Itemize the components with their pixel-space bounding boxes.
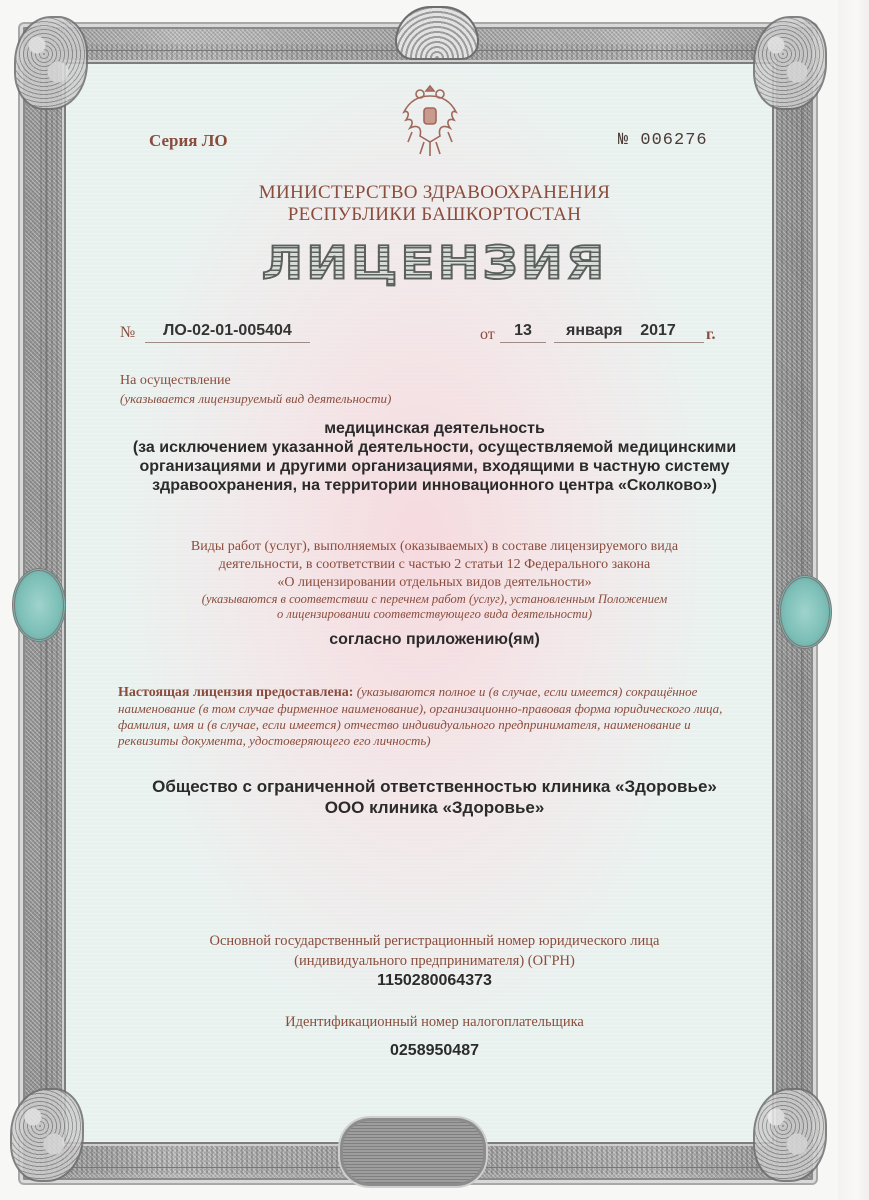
issuing-authority: МИНИСТЕРСТВО ЗДРАВООХРАНЕНИЯ РЕСПУБЛИКИ …	[0, 182, 869, 226]
series-label: Серия ЛО	[149, 131, 228, 151]
form-number: № 006276	[618, 131, 708, 150]
activity-line: медицинская деятельность	[0, 419, 869, 438]
licensee: Общество с ограниченной ответственностью…	[0, 776, 869, 818]
works-line: «О лицензировании отдельных видов деятел…	[0, 574, 869, 592]
inn-label: Идентификационный номер налогоплательщик…	[0, 1014, 869, 1031]
granted-to-section: Настоящая лицензия предоставлена: (указы…	[118, 684, 738, 749]
registration-row: № ЛО-02-01-005404 от 13 января 2017 г.	[0, 322, 869, 346]
date-year: 2017	[640, 322, 676, 339]
works-value: согласно приложению(ям)	[0, 631, 869, 649]
year-suffix: г.	[706, 326, 715, 344]
authority-line: РЕСПУБЛИКИ БАШКОРТОСТАН	[0, 204, 869, 226]
reg-number-label: №	[120, 324, 135, 342]
activity-note: (указывается лицензируемый вид деятельно…	[120, 391, 391, 407]
inn-value: 0258950487	[0, 1042, 869, 1060]
works-note-line: о лицензировании соответствующего вида д…	[0, 607, 869, 622]
licensee-full-name: Общество с ограниченной ответственностью…	[0, 776, 869, 797]
date-prefix: от	[480, 326, 495, 344]
works-section: Виды работ (услуг), выполняемых (оказыва…	[0, 538, 869, 622]
activity-line: здравоохранения, на территории инновацио…	[0, 476, 869, 495]
date-day: 13	[500, 322, 546, 343]
works-line: деятельности, в соответствии с частью 2 …	[0, 556, 869, 574]
document-title: ЛИЦЕНЗИЯ	[0, 237, 869, 289]
date-month: января	[566, 322, 622, 339]
ogrn-label: Основной государственный регистрационный…	[0, 931, 869, 971]
licensee-short-name: ООО клиника «Здоровье»	[0, 797, 869, 818]
ogrn-label-line: Основной государственный регистрационный…	[0, 931, 869, 951]
authority-line: МИНИСТЕРСТВО ЗДРАВООХРАНЕНИЯ	[0, 182, 869, 204]
activity-line: (за исключением указанной деятельности, …	[0, 438, 869, 457]
licensed-activity: медицинская деятельность (за исключением…	[0, 419, 869, 495]
granted-to-label: Настоящая лицензия предоставлена:	[118, 685, 353, 700]
coat-of-arms-icon	[390, 80, 470, 160]
works-note-line: (указываются в соответствии с перечнем р…	[0, 592, 869, 607]
activity-label: На осуществление	[120, 373, 231, 389]
reg-number-value: ЛО-02-01-005404	[145, 322, 310, 343]
works-line: Виды работ (услуг), выполняемых (оказыва…	[0, 538, 869, 556]
ogrn-label-line: (индивидуального предпринимателя) (ОГРН)	[0, 951, 869, 971]
license-document: Серия ЛО № 006276 МИНИСТЕРСТВО ЗДРАВООХР…	[0, 0, 869, 1200]
activity-line: организациями и другими организациями, в…	[0, 457, 869, 476]
ogrn-value: 1150280064373	[0, 972, 869, 990]
